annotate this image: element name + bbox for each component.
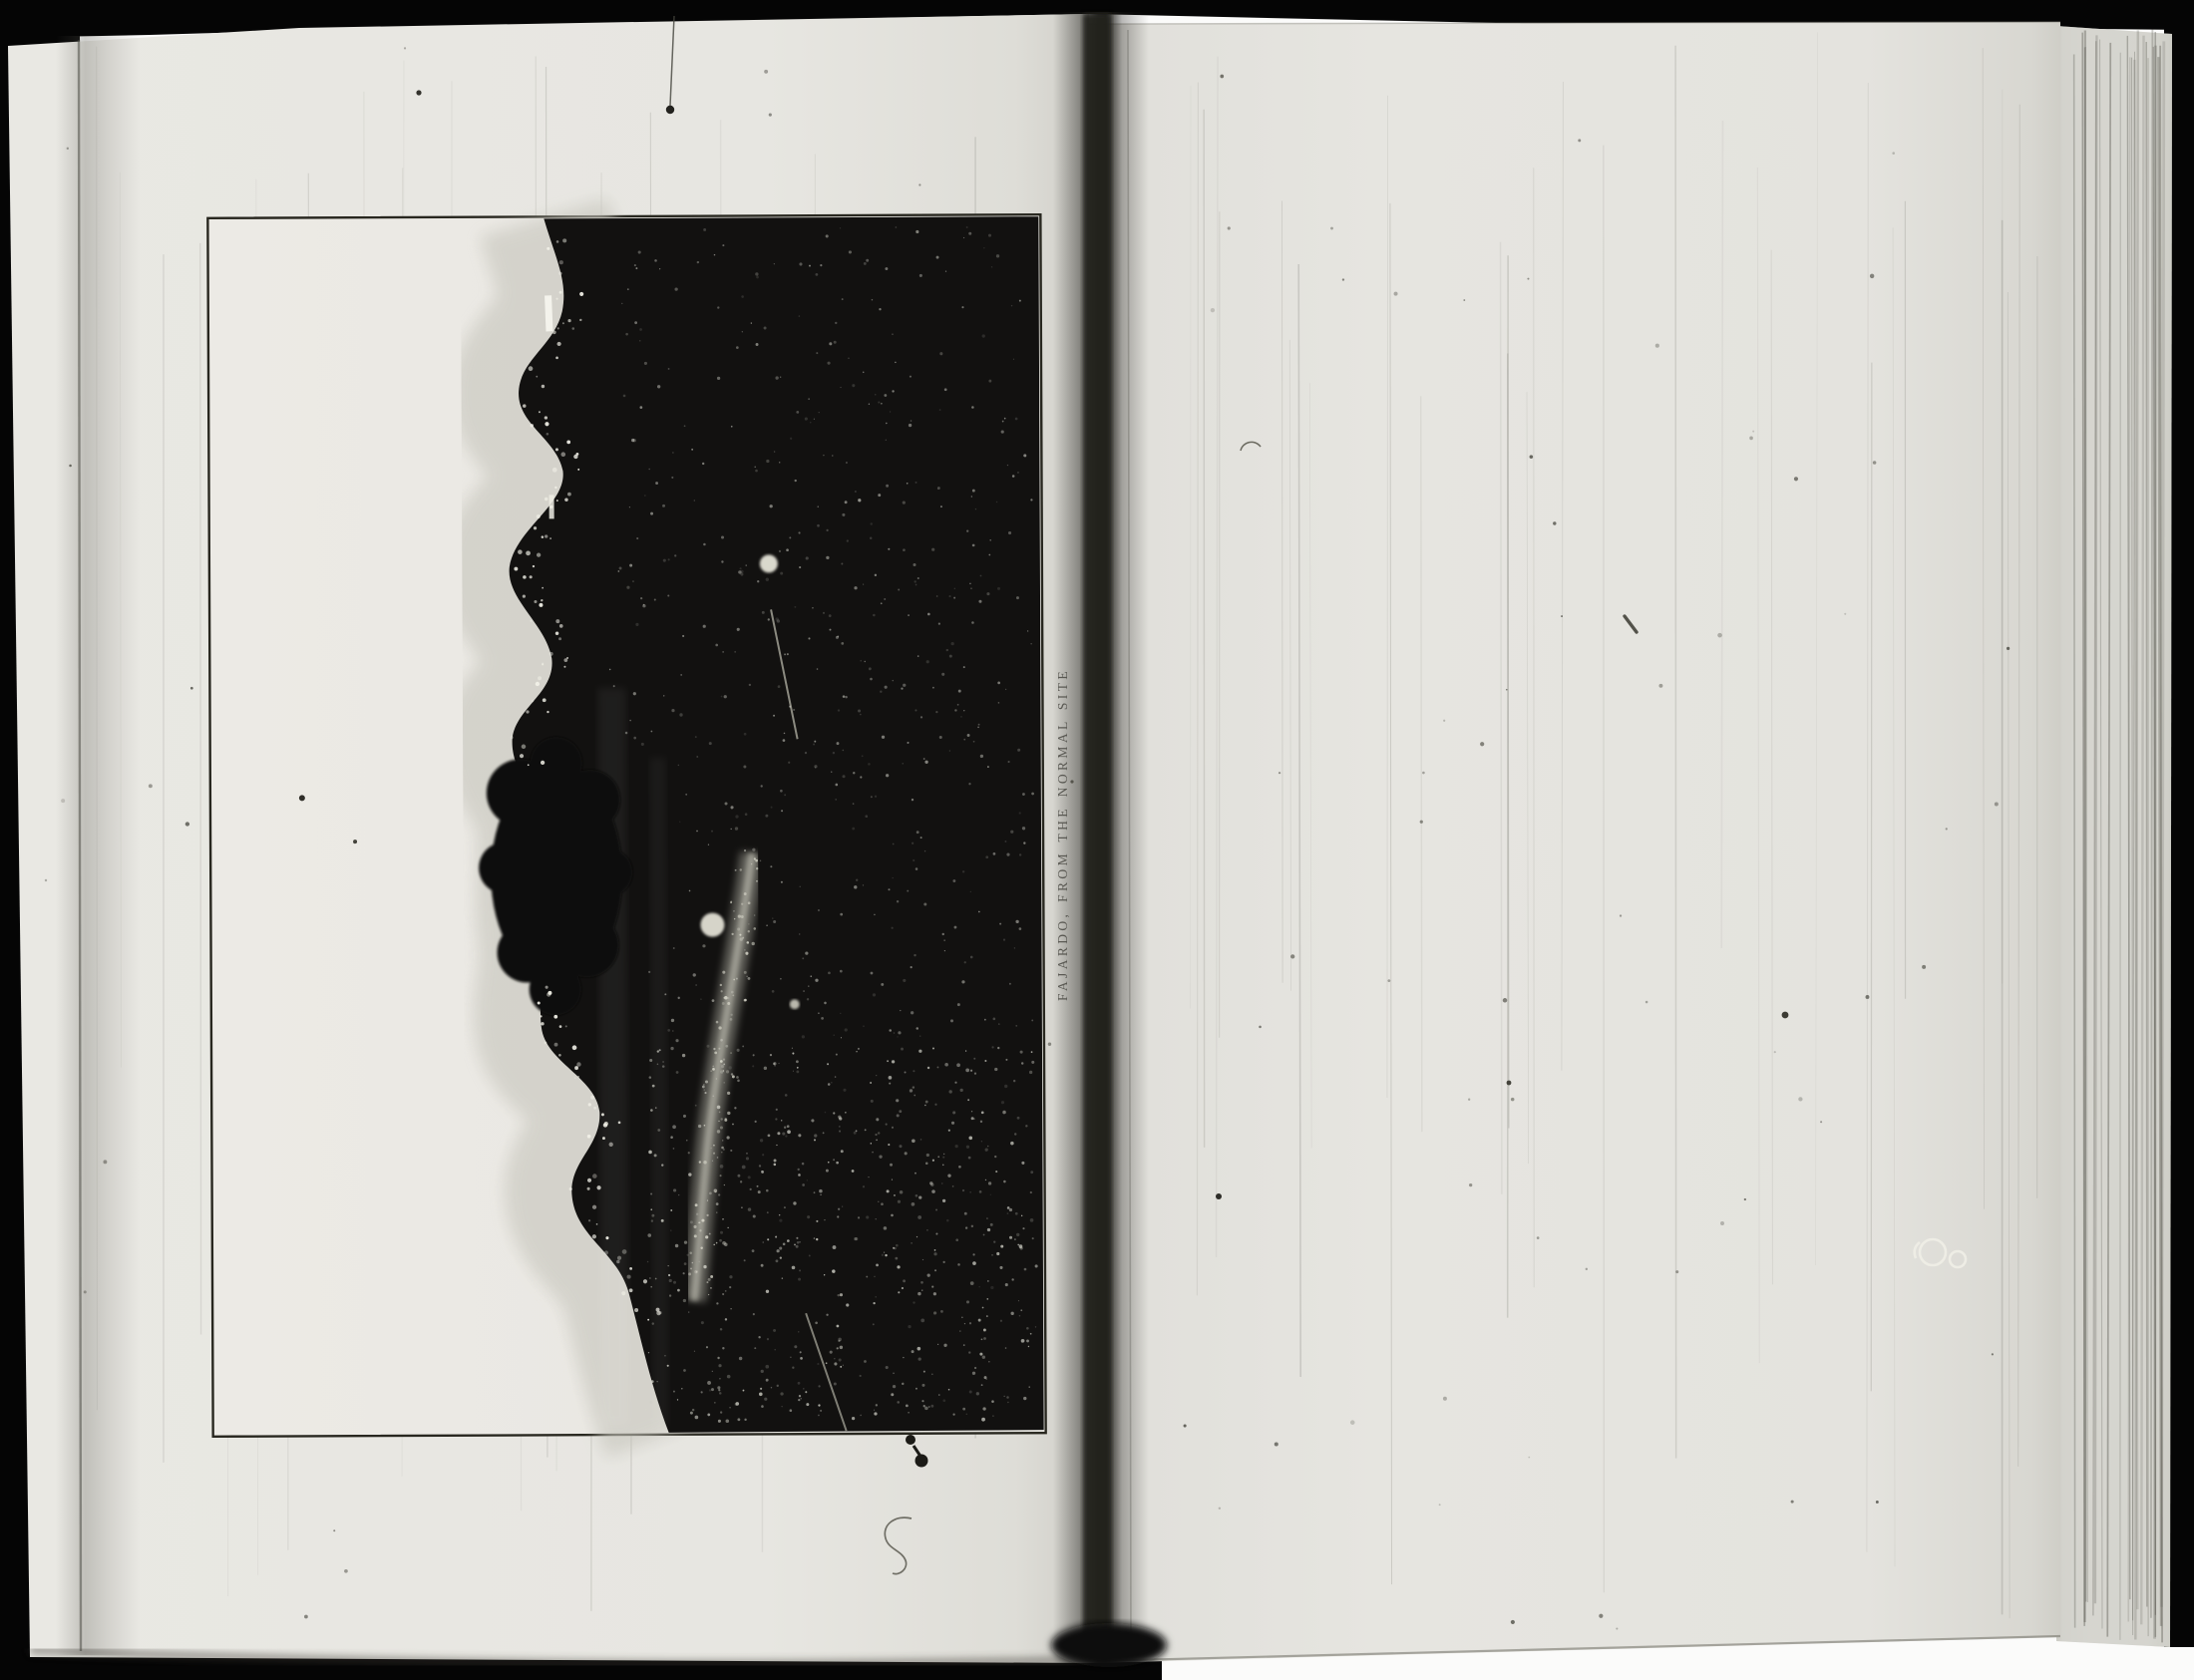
village-mark — [549, 505, 552, 508]
photo-specks-mark — [972, 1253, 974, 1255]
photo-specks-mark — [670, 1136, 673, 1139]
photo-specks-mark — [773, 920, 776, 923]
photo-specks-mark — [999, 923, 1001, 925]
photo-specks-mark — [897, 1114, 900, 1117]
photo-specks-mark — [758, 1336, 760, 1338]
photo-specks-mark — [1019, 812, 1021, 814]
photo-specks-mark — [785, 1135, 787, 1137]
photo-specks-mark — [840, 1346, 843, 1349]
specks-mark — [1506, 689, 1508, 691]
photo-specks-mark — [965, 1226, 967, 1228]
photo-specks-mark — [983, 1234, 985, 1236]
photo-specks-mark — [888, 548, 890, 550]
photo-specks-mark — [919, 274, 922, 277]
specks-mark — [1530, 455, 1534, 459]
photo-specks-mark — [908, 1325, 911, 1328]
photo-specks-mark — [648, 1151, 652, 1155]
photo-specks-mark — [973, 1058, 975, 1060]
photo-specks-mark — [841, 563, 843, 565]
book-spread: FAJARDO, FROM THE NORMAL SITE — [0, 0, 2194, 1680]
photo-specks-mark — [720, 1328, 723, 1331]
photo-specks-mark — [689, 890, 691, 892]
road-specks-mark — [712, 1066, 714, 1068]
village-mark — [555, 448, 558, 451]
village-mark — [536, 682, 540, 686]
photo-specks-mark — [840, 970, 843, 973]
photo-specks-mark — [799, 315, 801, 317]
photo-specks-mark — [882, 736, 885, 739]
photo-specks-mark — [886, 440, 887, 441]
photo-specks-mark — [933, 1252, 936, 1255]
photo-specks-mark — [873, 614, 876, 617]
photo-specks-mark — [933, 1311, 936, 1314]
photo-specks-mark — [978, 1286, 979, 1287]
photo-specks-mark — [870, 522, 873, 525]
photo-specks-mark — [670, 1209, 672, 1211]
village-mark — [530, 575, 533, 578]
photo-specks-mark — [775, 1118, 777, 1120]
photo-specks-mark — [1024, 1268, 1027, 1271]
photo-specks-mark — [650, 1286, 652, 1288]
photo-specks-mark — [688, 1152, 690, 1154]
photo-specks-mark — [1019, 853, 1021, 855]
photo-specks-mark — [812, 607, 813, 608]
photo-specks-mark — [951, 642, 954, 645]
photo-specks-mark — [688, 1173, 691, 1176]
road-specks-mark — [708, 1278, 711, 1281]
photo-specks-mark — [903, 548, 906, 551]
photo-specks-mark — [718, 1193, 720, 1195]
photo-specks-mark — [662, 504, 665, 507]
village-mark — [537, 552, 541, 556]
photo-specks-mark — [678, 765, 680, 767]
road-specks-mark — [740, 868, 742, 870]
photo-specks-mark — [684, 1240, 687, 1243]
photo-specks-mark — [963, 1344, 965, 1346]
photo-specks-mark — [741, 295, 744, 298]
photo-specks-mark — [783, 739, 786, 742]
photo-specks-mark — [780, 376, 781, 377]
photo-specks-mark — [840, 1013, 841, 1014]
photo-specks-mark — [863, 884, 864, 885]
photo-specks-mark — [731, 829, 732, 830]
photo-specks-mark — [648, 469, 649, 470]
photo-specks-mark — [903, 1279, 906, 1282]
photo-specks-mark — [835, 799, 836, 800]
photo-specks-mark — [814, 1134, 817, 1137]
photo-specks-mark — [810, 422, 812, 424]
photo-specks-mark — [973, 741, 975, 743]
photo-specks-mark — [744, 733, 747, 736]
photo-specks-mark — [860, 1375, 862, 1377]
photo-specks-mark — [969, 1191, 970, 1192]
photo-specks-mark — [707, 1414, 710, 1417]
photo-specks-mark — [1008, 761, 1010, 763]
village-mark — [576, 1062, 580, 1066]
photo-specks-mark — [776, 1259, 779, 1262]
photo-specks-mark — [1001, 1101, 1004, 1104]
photo-specks-mark — [636, 537, 638, 539]
village-mark — [566, 657, 568, 659]
specks-mark — [1469, 1183, 1472, 1186]
photo-specks-mark — [843, 695, 846, 698]
photo-specks-mark — [735, 1402, 739, 1406]
photo-specks-mark — [745, 813, 748, 816]
photo-specks-mark — [998, 702, 1000, 704]
photo-specks-mark — [987, 1280, 989, 1282]
photo-specks-mark — [955, 1145, 958, 1148]
village-mark — [555, 631, 559, 635]
photo-specks-mark — [814, 1139, 816, 1141]
photo-specks-mark — [981, 1384, 983, 1386]
photo-specks-mark — [836, 636, 839, 639]
photo-specks-mark — [887, 1060, 889, 1062]
photo-specks-mark — [837, 742, 840, 745]
photo-specks-mark — [781, 1120, 782, 1121]
village-mark — [558, 272, 561, 275]
photo-specks-mark — [912, 1139, 915, 1143]
photo-specks-mark — [775, 1236, 777, 1238]
photo-specks-mark — [829, 342, 832, 345]
photo-specks-mark — [748, 1207, 751, 1210]
photo-specks-mark — [952, 1185, 954, 1187]
photo-specks-mark — [1009, 1208, 1012, 1211]
photo-specks-mark — [914, 954, 915, 956]
photo-specks-mark — [790, 438, 792, 440]
photo-specks-mark — [661, 1219, 664, 1222]
specks-mark — [1468, 1099, 1470, 1101]
photo-specks-mark — [939, 409, 941, 411]
photo-specks-mark — [825, 1112, 827, 1114]
photo-specks-mark — [948, 1130, 950, 1132]
photo-specks-mark — [937, 1156, 939, 1158]
photo-specks-mark — [967, 734, 970, 737]
photo-specks-mark — [663, 695, 664, 696]
photo-specks-mark — [767, 1338, 769, 1340]
photo-specks-mark — [987, 1228, 990, 1231]
village-mark — [609, 1143, 613, 1147]
photo-specks-mark — [675, 1039, 678, 1042]
photo-specks-mark — [779, 1246, 782, 1249]
photo-specks-mark — [979, 1190, 982, 1193]
village-mark — [514, 567, 518, 571]
photo-specks-mark — [683, 1272, 685, 1274]
photo-specks-mark — [770, 1054, 772, 1056]
photo-specks-mark — [853, 803, 855, 805]
village-mark — [528, 764, 530, 766]
photo-specks-mark — [937, 487, 940, 490]
photo-specks-mark — [986, 592, 989, 595]
photo-specks-mark — [694, 1351, 695, 1352]
village-mark — [555, 619, 559, 623]
photo-specks-mark — [840, 227, 841, 228]
photo-specks-mark — [900, 1190, 904, 1194]
photo-specks-mark — [897, 900, 899, 902]
photo-specks-mark — [799, 1241, 800, 1242]
photo-specks-mark — [792, 1266, 796, 1270]
road-specks-mark — [744, 999, 747, 1002]
photo-specks-mark — [863, 371, 865, 373]
photo-specks-mark — [890, 411, 891, 412]
photo-specks-mark — [981, 1141, 982, 1142]
photo-specks-mark — [824, 1002, 827, 1005]
road-specks-mark — [690, 1267, 692, 1269]
road-specks-mark — [721, 990, 723, 992]
photo-specks-mark — [871, 796, 873, 798]
photo-specks-mark — [968, 783, 970, 785]
photo-specks-mark — [716, 1242, 718, 1244]
village-mark — [541, 761, 545, 765]
photo-specks-mark — [913, 1070, 914, 1072]
photo-specks-mark — [709, 1191, 712, 1194]
photo-specks-mark — [782, 1277, 784, 1279]
photo-specks-mark — [1017, 472, 1019, 474]
village-mark — [563, 666, 565, 668]
photo-specks-mark — [1030, 1218, 1034, 1222]
road-specks-mark — [727, 1112, 730, 1115]
road-specks-mark — [730, 1018, 733, 1021]
photo-specks-mark — [720, 1165, 724, 1169]
specks-mark — [1866, 995, 1870, 999]
photo-specks-mark — [992, 1415, 993, 1416]
photo-specks-mark — [799, 933, 800, 934]
photo-specks-mark — [1023, 454, 1026, 457]
photo-specks-mark — [959, 1330, 960, 1331]
photo-specks-mark — [764, 1067, 767, 1070]
white-spot — [790, 999, 800, 1009]
photo-specks-mark — [864, 262, 867, 265]
photo-specks-mark — [848, 358, 849, 359]
photo-specks-mark — [969, 1322, 971, 1324]
photo-specks-mark — [820, 1410, 822, 1412]
photo-specks-mark — [994, 1156, 996, 1158]
photo-specks-mark — [1029, 1071, 1032, 1074]
road-specks-mark — [733, 979, 735, 981]
road-specks-mark — [703, 1161, 707, 1165]
photo-specks-mark — [649, 1277, 650, 1278]
photo-specks-mark — [895, 362, 897, 364]
photo-specks-mark — [828, 971, 831, 974]
photo-specks-mark — [884, 394, 887, 397]
specks-mark — [1211, 308, 1215, 312]
photo-specks-mark — [869, 667, 872, 670]
photo-specks-mark — [751, 322, 752, 323]
road-specks-mark — [720, 984, 722, 986]
photo-specks-mark — [863, 1026, 864, 1027]
photo-specks-mark — [917, 655, 919, 657]
photo-specks-mark — [697, 261, 699, 263]
photo-specks-mark — [924, 850, 926, 852]
photo-specks-mark — [706, 1346, 708, 1348]
photo-specks-mark — [729, 1066, 732, 1069]
photo-specks-mark — [821, 1017, 824, 1020]
specks-mark — [1553, 521, 1556, 524]
photo-specks-mark — [915, 1388, 917, 1390]
photo-specks-mark — [976, 1392, 979, 1395]
photo-specks-mark — [683, 1115, 686, 1118]
photo-specks-mark — [835, 784, 838, 787]
photo-specks-mark — [652, 1085, 655, 1088]
village-mark — [547, 433, 549, 436]
village-mark — [555, 357, 558, 360]
photo-specks-mark — [980, 575, 982, 577]
photo-specks-mark — [943, 939, 945, 941]
photo-specks-mark — [1010, 831, 1013, 834]
road-specks-mark — [723, 1058, 725, 1060]
photo-specks-mark — [902, 1287, 904, 1289]
photo-specks-mark — [650, 1401, 653, 1404]
photo-specks-mark — [912, 1350, 914, 1353]
photo-specks-mark — [1000, 1245, 1003, 1248]
photo-specks-mark — [641, 743, 644, 746]
photo-specks-mark — [911, 1242, 912, 1243]
village-mark — [539, 603, 543, 607]
photo-specks-mark — [770, 504, 773, 507]
photo-specks-mark — [913, 859, 914, 861]
photo-specks-mark — [768, 1134, 771, 1137]
gutter-core — [1083, 14, 1111, 1657]
photo-specks-mark — [934, 1104, 936, 1106]
photo-specks-mark — [794, 1345, 797, 1348]
photo-specks-mark — [643, 604, 645, 606]
specks-mark — [1749, 437, 1753, 441]
specks-mark — [1480, 742, 1484, 746]
caption-dust-dot — [1070, 780, 1073, 783]
photo-specks-mark — [673, 1391, 675, 1393]
road-specks-mark — [698, 1222, 700, 1224]
specks-mark — [190, 687, 193, 690]
photo-specks-mark — [675, 1244, 678, 1247]
ink-speck — [915, 1455, 928, 1468]
photo-specks-mark — [873, 993, 876, 996]
photo-specks-mark — [884, 1226, 888, 1230]
photo-specks-mark — [977, 727, 979, 729]
photo-specks-mark — [840, 913, 843, 916]
photo-specks-mark — [926, 1229, 927, 1230]
photo-specks-mark — [824, 1219, 825, 1220]
photo-specks-mark — [997, 587, 1000, 590]
white-building-spot — [700, 913, 724, 937]
photo-specks-mark — [727, 1227, 728, 1228]
photo-specks-mark — [873, 1302, 875, 1304]
photo-specks-mark — [926, 1154, 929, 1157]
photo-specks-mark — [807, 1215, 810, 1218]
photo-specks-mark — [762, 611, 765, 614]
photo-specks-mark — [690, 1220, 693, 1223]
photo-specks-mark — [968, 232, 971, 235]
streaks-mark — [1282, 200, 1283, 982]
road-specks-mark — [730, 901, 732, 903]
photo-specks-mark — [930, 1183, 933, 1186]
photo-specks-mark — [913, 563, 915, 566]
village-mark — [549, 652, 553, 656]
photo-specks-mark — [766, 578, 769, 581]
photo-specks-mark — [895, 226, 897, 228]
photo-specks-mark — [664, 1355, 665, 1356]
photo-specks-mark — [652, 1322, 654, 1324]
photo-specks-mark — [654, 259, 657, 262]
photo-specks-mark — [776, 1145, 777, 1146]
photo-specks-mark — [932, 1160, 934, 1162]
photo-specks-mark — [638, 250, 641, 253]
photo-specks-mark — [626, 586, 629, 589]
photo-specks-mark — [954, 926, 957, 929]
photo-specks-mark — [886, 485, 889, 488]
photo-specks-mark — [911, 966, 913, 968]
specks-mark — [1744, 1198, 1746, 1200]
photo-specks-mark — [802, 1035, 805, 1038]
photo-specks-mark — [777, 1249, 780, 1252]
specks-mark — [1420, 821, 1423, 824]
photo-specks-mark — [826, 1170, 829, 1173]
photo-specks-mark — [667, 1029, 670, 1032]
photo-specks-mark — [702, 1086, 705, 1089]
photo-specks-mark — [947, 1174, 950, 1176]
specks-mark — [1387, 979, 1390, 982]
photo-specks-mark — [881, 403, 883, 405]
photo-specks-mark — [755, 272, 758, 275]
photo-specks-mark — [1022, 827, 1025, 830]
photo-specks-mark — [957, 704, 959, 706]
photo-specks-mark — [826, 1314, 828, 1316]
photo-specks-mark — [1023, 1397, 1026, 1400]
photo-specks-mark — [736, 346, 739, 349]
photo-specks-mark — [1019, 1244, 1023, 1248]
photo-specks-mark — [998, 1023, 1000, 1025]
photo-specks-mark — [704, 1092, 706, 1094]
photo-specks-mark — [916, 1236, 917, 1237]
photo-specks-mark — [898, 1200, 901, 1203]
photo-specks-mark — [827, 1063, 829, 1065]
village-mark — [532, 700, 535, 703]
photo-specks-mark — [881, 983, 884, 986]
village-mark — [592, 1205, 596, 1209]
photo-specks-mark — [799, 262, 802, 265]
photo-specks-mark — [672, 1125, 676, 1129]
specks-mark — [1220, 75, 1224, 79]
road-specks-mark — [701, 1219, 704, 1222]
photo-specks-mark — [651, 731, 653, 733]
photo-specks-mark — [657, 1063, 659, 1065]
photo-specks-mark — [901, 687, 903, 689]
streaks-mark — [97, 46, 98, 1410]
photo-specks-mark — [944, 950, 945, 951]
photo-specks-mark — [779, 1219, 782, 1222]
photo-specks-mark — [805, 417, 808, 420]
photo-specks-mark — [1015, 418, 1018, 421]
photo-specks-mark — [759, 1392, 763, 1396]
photo-specks-mark — [774, 1164, 777, 1167]
photo-specks-mark — [639, 328, 642, 331]
photo-specks-mark — [645, 1409, 647, 1411]
photo-specks-mark — [913, 1086, 914, 1088]
photo-specks-mark — [635, 267, 637, 269]
road-specks-mark — [739, 934, 741, 936]
photo-specks-mark — [944, 1063, 948, 1067]
photo-specks-mark — [1022, 1227, 1024, 1229]
photo-specks-mark — [889, 1083, 891, 1085]
photo-specks-mark — [737, 1049, 740, 1052]
photo-specks-mark — [893, 843, 895, 845]
photo-specks-mark — [686, 1254, 688, 1256]
photo-specks-mark — [762, 1241, 764, 1243]
specks-mark — [1394, 292, 1398, 296]
photo-specks-mark — [943, 1344, 946, 1347]
photo-specks-mark — [819, 1189, 823, 1193]
photo-specks-mark — [874, 1276, 876, 1278]
road-specks-mark — [722, 971, 725, 974]
photo-specks-mark — [700, 998, 702, 1000]
